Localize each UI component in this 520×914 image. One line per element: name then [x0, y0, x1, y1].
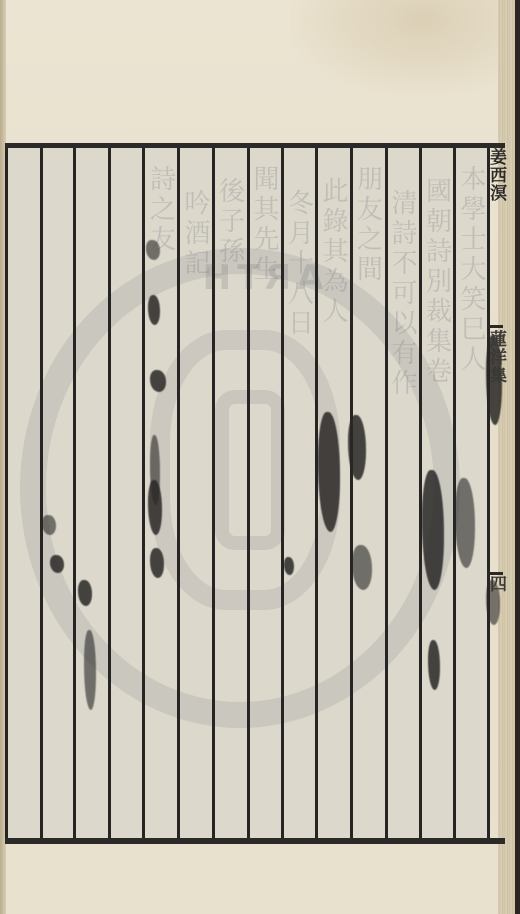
- margin-page-number: 四: [486, 575, 504, 593]
- ink-blotch: [455, 478, 475, 568]
- seal-watermark-core: [215, 390, 285, 550]
- fishtail-mark-upper: [487, 325, 503, 328]
- column-rule-line: [350, 146, 353, 840]
- column-rule-line: [247, 146, 250, 840]
- show-through-column: 冬月十八日: [286, 189, 312, 339]
- ink-blotch: [148, 480, 162, 535]
- show-through-column: 聞其先生: [251, 165, 277, 285]
- ink-blotch: [318, 412, 340, 532]
- column-rule-line: [142, 146, 145, 840]
- ink-blotch: [84, 630, 96, 710]
- ink-blotch: [352, 545, 372, 590]
- ink-blotch: [348, 415, 366, 480]
- book-spine: [515, 0, 520, 914]
- frame-bottom-border: [5, 838, 505, 844]
- column-rule-line: [487, 146, 490, 840]
- show-through-column: 吟酒記: [182, 189, 208, 279]
- column-rule-line: [40, 146, 43, 840]
- frame-top-border: [5, 143, 505, 148]
- ink-blotch: [422, 470, 444, 590]
- column-rule-line: [419, 146, 422, 840]
- margin-title: 姜西溟: [486, 148, 504, 202]
- ink-blotch: [146, 240, 160, 260]
- column-rule-line: [5, 146, 8, 840]
- ink-blotch: [50, 555, 64, 573]
- ink-blotch: [78, 580, 92, 606]
- column-rule-line: [281, 146, 284, 840]
- column-rule-line: [315, 146, 318, 840]
- column-rule-line: [385, 146, 388, 840]
- column-rule-line: [177, 146, 180, 840]
- column-rule-line: [212, 146, 215, 840]
- margin-subtitle: 蓮洋集: [486, 330, 504, 384]
- ink-blotch: [148, 295, 160, 325]
- ink-blotch: [150, 548, 164, 578]
- water-stain: [290, 0, 510, 95]
- ink-blotch: [42, 515, 56, 535]
- fishtail-mark-lower: [487, 572, 503, 575]
- show-through-column: 本學士大笑巳人: [458, 165, 484, 375]
- show-through-column: 清詩不可以有作: [389, 189, 415, 399]
- show-through-column: 後子孫: [217, 177, 243, 267]
- ink-blotch: [284, 557, 294, 575]
- ink-blotch: [150, 370, 166, 392]
- column-rule-line: [73, 146, 76, 840]
- ink-blotch: [428, 640, 440, 690]
- show-through-column: 朋友之間: [355, 165, 381, 285]
- show-through-column: 國朝詩別裁集卷: [424, 177, 450, 387]
- show-through-column: 此錄其為人: [320, 177, 346, 327]
- column-rule-line: [108, 146, 111, 840]
- book-page: ARTH 本學士大笑巳人國朝詩別裁集卷清詩不可以有作朋友之間此錄其為人冬月十八日…: [0, 0, 520, 914]
